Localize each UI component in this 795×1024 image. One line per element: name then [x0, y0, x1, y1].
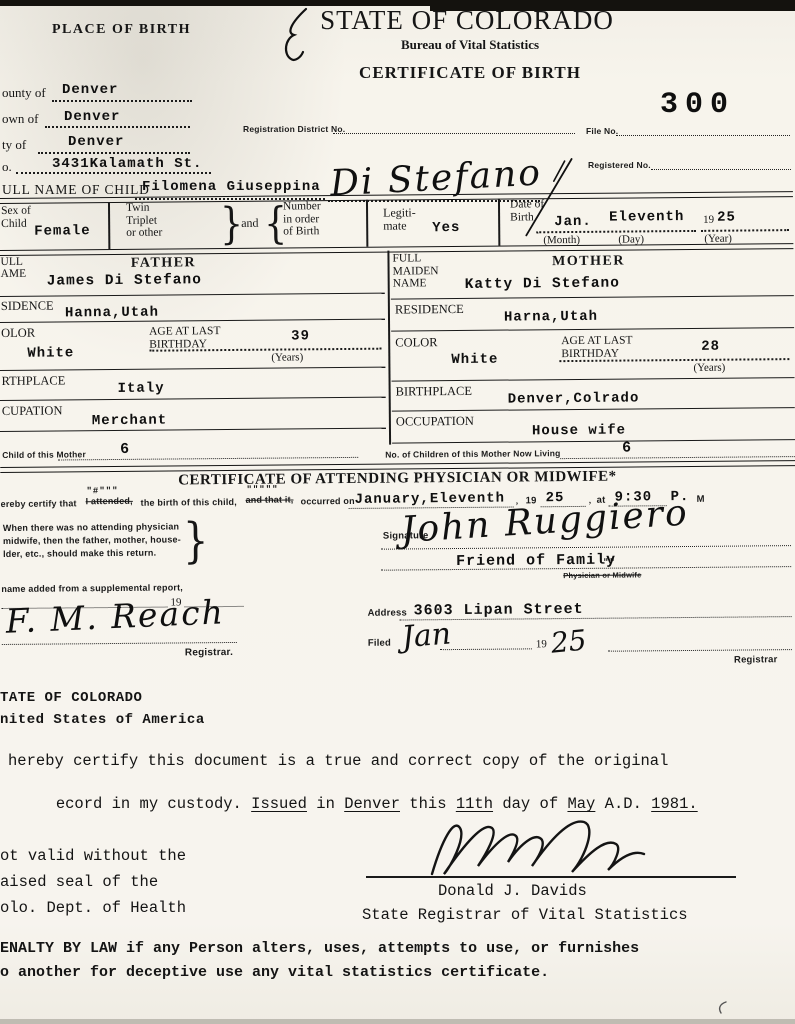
line2-segment: day of — [493, 795, 567, 813]
line2-month: May — [567, 795, 595, 813]
line2-denver: Denver — [344, 795, 400, 813]
raised-seal-note: ot valid without the aised seal of the o… — [0, 843, 186, 921]
state-of-colorado-line: TATE OF COLORADO — [0, 690, 142, 706]
line2-segment: this — [400, 795, 456, 813]
official-name: Donald J. Davids — [438, 882, 587, 900]
line2-day: 11th — [456, 795, 493, 813]
line2-segment: A.D. — [595, 795, 651, 813]
certify-copy-line1: hereby certify this document is a true a… — [8, 752, 668, 770]
penalty-line1: ENALTY BY LAW if any Person alters, uses… — [0, 940, 639, 957]
state-registrar-signature-scrawl — [418, 812, 658, 882]
line2-issued: Issued — [251, 795, 307, 813]
official-title: State Registrar of Vital Statistics — [362, 906, 688, 924]
line2-year: 1981. — [651, 795, 698, 813]
certification-layer: TATE OF COLORADO nited States of America… — [0, 0, 795, 1024]
line2-segment: ecord in my custody. — [56, 795, 251, 813]
signature-line — [366, 876, 736, 878]
penalty-line2: o another for deceptive use any vital st… — [0, 964, 549, 981]
line2-segment: in — [307, 795, 344, 813]
pen-tick-mark — [714, 1000, 730, 1016]
united-states-line: nited States of America — [0, 712, 205, 728]
birth-certificate-document: PLACE OF BIRTH STATE OF COLORADO Bureau … — [0, 0, 795, 1024]
